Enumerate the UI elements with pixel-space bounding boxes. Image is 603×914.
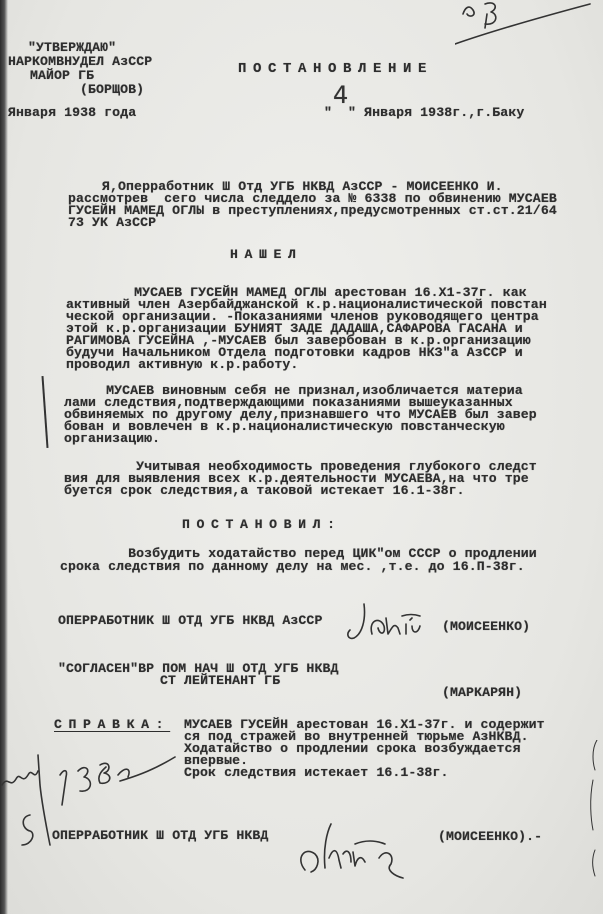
signatory-name-2: (МОИСЕЕНКО).-	[438, 830, 542, 843]
right-edge-marks	[585, 740, 603, 900]
approval-stamp-line: "УТВЕРЖДАЮ"	[28, 41, 116, 54]
resolution-line: срока следствия по данному делу на мес. …	[60, 560, 525, 573]
approval-name-line: (БОРЩОВ)	[80, 83, 144, 96]
section-heading-found: НАШЕЛ	[230, 248, 303, 261]
margin-bracket-line	[41, 376, 48, 448]
found-line: буется срок следствия,а таковой истекает…	[64, 484, 465, 497]
handwritten-signature-2	[295, 818, 445, 888]
handwritten-signature	[342, 598, 452, 648]
found-line: проводил активную к.р.работу.	[66, 358, 298, 371]
signatory-position-2: ОПЕРРАБОТНИК Ш ОТД УГБ НКВД	[52, 829, 268, 842]
approval-date: Января 1938 года	[8, 106, 136, 119]
signatory-name: (МОИСЕЕНКО)	[442, 620, 530, 633]
agreed-rank: СТ ЛЕЙТЕНАНТ ГБ	[160, 674, 280, 687]
signatory-position: ОПЕРРАБОТНИК Ш ОТД УГБ НКВД АзССР	[58, 614, 322, 627]
reference-label: СПРАВКА:	[54, 718, 170, 731]
section-heading-resolved: ПОСТАНОВИЛ:	[182, 518, 342, 531]
document-page: "УТВЕРЖДАЮ" НАРКОМВНУДЕЛ АзССР МАЙОР ГБ …	[0, 0, 603, 914]
document-title: ПОСТАНОВЛЕНИЕ	[238, 63, 433, 76]
found-line: организацию.	[64, 432, 160, 445]
agreed-name: (МАРКАРЯН)	[442, 686, 522, 699]
page-edge-shadow	[0, 0, 8, 914]
corner-handwritten-mark	[455, 0, 603, 50]
approval-org-line: НАРКОМВНУДЕЛ АзССР	[8, 55, 152, 68]
approval-rank-line: МАЙОР ГБ	[30, 69, 94, 82]
intro-line: 73 УК АзССР	[68, 216, 156, 229]
handwritten-day: 4	[333, 83, 348, 107]
reference-line: Срок следствия истекает 16.1-38г.	[184, 766, 448, 779]
document-date: " " Января 1938г.,г.Баку	[324, 106, 524, 119]
